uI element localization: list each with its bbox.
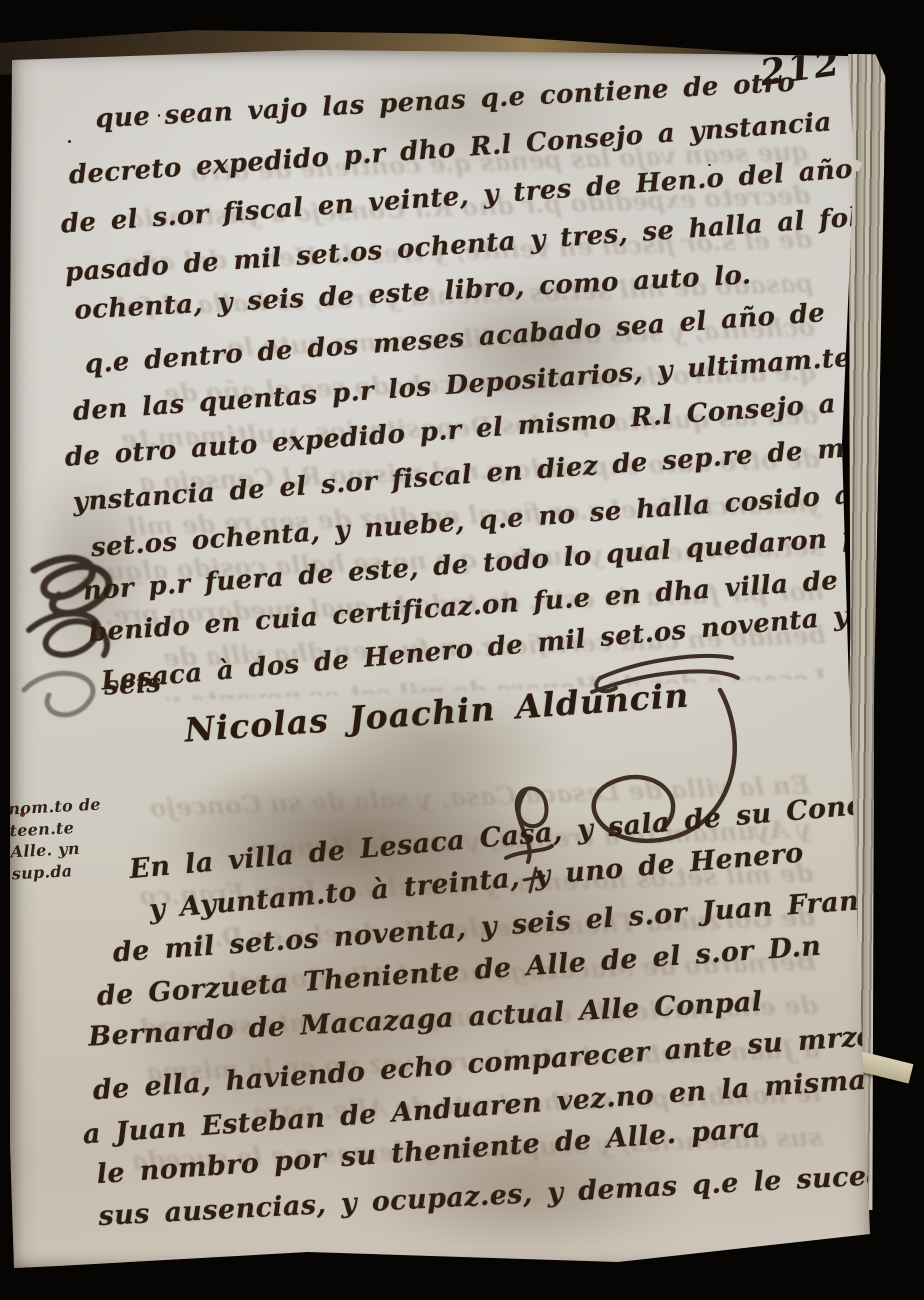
margin-note: nom.to deteen.teAlle. ynsup.da xyxy=(8,794,105,885)
ink-speck xyxy=(68,140,71,143)
photograph-background: { "palette": { "background": "#060504", … xyxy=(0,0,924,1300)
manuscript-line: seis xyxy=(103,671,162,700)
ink-blot-scribble xyxy=(14,540,146,752)
manuscript-page: que sean vajo las penas q.e contiene de … xyxy=(8,44,874,1272)
